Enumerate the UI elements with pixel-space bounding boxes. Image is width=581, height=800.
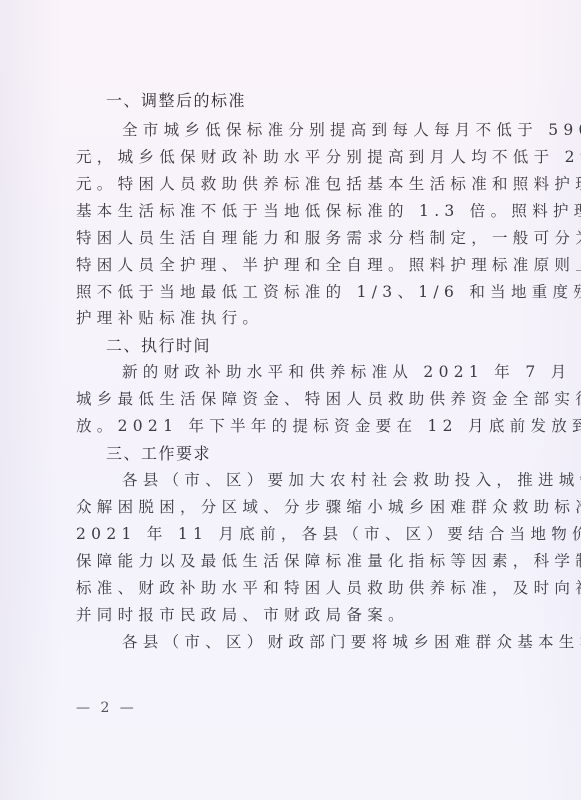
paragraph-line: 护理补贴标准执行。 xyxy=(76,305,502,332)
paragraph-line: 标准、财政补助水平和特困人员救助供养标准，及时向社会公布， xyxy=(76,575,502,602)
page-number: — 2 — xyxy=(76,700,137,716)
paragraph-line: 保障能力以及最低生活保障标准量化指标等因素，科学制定低保 xyxy=(76,548,502,575)
paragraph-line: 众解困脱困，分区域、分步骤缩小城乡困难群众救助标准差距。 xyxy=(76,494,502,521)
section-heading-2: 二、执行时间 xyxy=(106,332,211,359)
paragraph-line: 基本生活标准不低于当地低保标准的 1.3 倍。照料护理标准依据 xyxy=(76,198,502,225)
paragraph-line: 照不低于当地最低工资标准的 1/3、1/6 和当地重度残疾人照料 xyxy=(76,279,502,306)
paragraph-line: 放。2021 年下半年的提标资金要在 12 月底前发放到位。 xyxy=(76,413,502,440)
paragraph-line: 新的财政补助水平和供养标准从 2021 年 7 月 1 日起执行。 xyxy=(122,359,502,386)
paragraph-line: 城乡最低生活保障资金、特困人员救助供养资金全部实行按月发 xyxy=(76,386,502,413)
paragraph-line: 特困人员生活自理能力和服务需求分档制定，一般可分为三档， xyxy=(76,225,502,252)
section-heading-1: 一、调整后的标准 xyxy=(106,87,246,114)
paragraph-line: 全市城乡低保标准分别提高到每人每月不低于 590 元、377 xyxy=(122,117,502,144)
paragraph-line: 并同时报市民政局、市财政局备案。 xyxy=(76,602,502,629)
scan-shading xyxy=(0,0,60,800)
paragraph-line: 2021 年 11 月底前，各县（市、区）要结合当地物价水平、财政 xyxy=(76,521,502,548)
paragraph-line: 元。特困人员救助供养标准包括基本生活标准和照料护理标准。 xyxy=(76,171,502,198)
document-page: 一、调整后的标准 全市城乡低保标准分别提高到每人每月不低于 590 元、377 … xyxy=(0,0,581,800)
paragraph-line: 特困人员全护理、半护理和全自理。照料护理标准原则上分别按 xyxy=(76,252,502,279)
paragraph-line: 元，城乡低保财政补助水平分别提高到月人均不低于 295 元、188 xyxy=(76,144,502,171)
section-heading-3: 三、工作要求 xyxy=(106,440,211,467)
paragraph-line: 各县（市、区）要加大农村社会救助投入，推进城镇困难群 xyxy=(122,467,502,494)
paragraph-line: 各县（市、区）财政部门要将城乡困难群众基本生活救助资 xyxy=(122,629,502,656)
